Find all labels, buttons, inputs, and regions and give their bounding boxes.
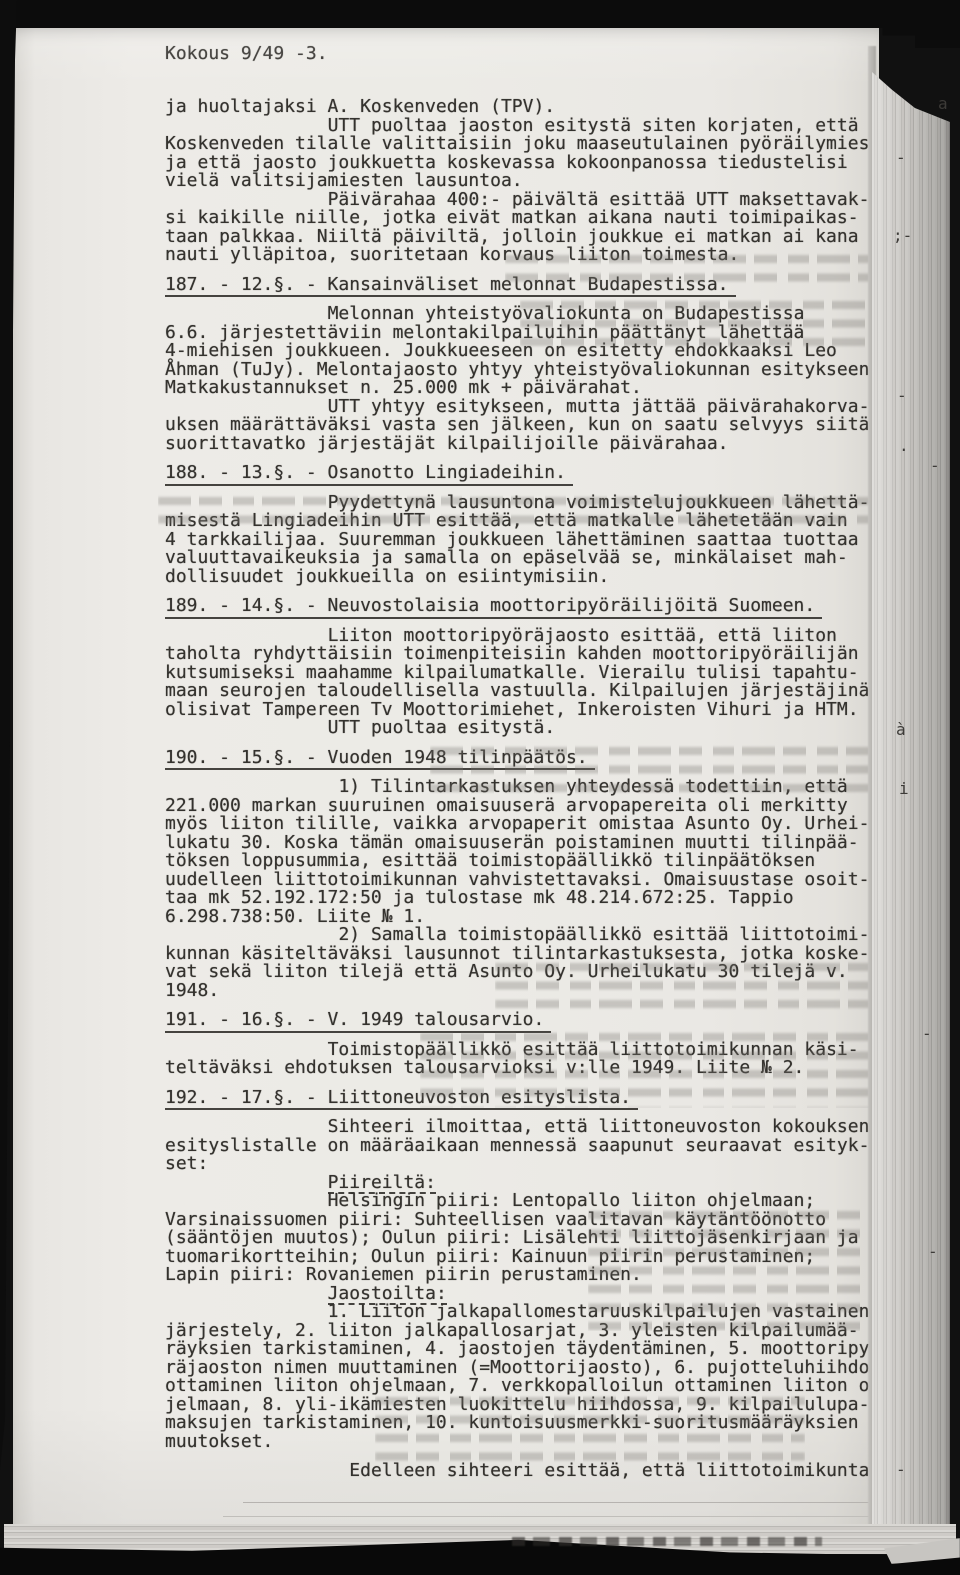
text-line: ja huoltajaksi A. Koskenveden (TPV). <box>165 98 905 117</box>
scanned-document: Kokous 9/49 -3. ja huoltajaksi A. Kosken… <box>0 0 960 1575</box>
text-line: Åhman (TuJy). Melontajaosto yhtyy yhteis… <box>165 361 905 380</box>
text-line: UTT puoltaa esitystä. <box>165 719 905 738</box>
text-line: set: <box>165 1155 905 1174</box>
text-line: ja että jaosto joukkuetta koskevassa kok… <box>165 154 905 173</box>
bottom-edge-smudge <box>512 1537 822 1546</box>
bleed-through-smudge <box>495 958 890 1013</box>
text-line: taan palkkaa. Niiltä päiviltä, jolloin j… <box>165 228 905 247</box>
edge-mark: . <box>899 438 909 454</box>
edge-mark: i <box>899 781 909 797</box>
edge-mark: a <box>938 96 948 112</box>
text-line: taa mk 52.192.172:50 ja tulostase mk 48.… <box>165 889 905 908</box>
bleed-through-smudge <box>505 250 880 288</box>
text-line: Matkakustannukset n. 25.000 mk + päivära… <box>165 379 905 398</box>
section-heading: 191. - 16.§. - V. 1949 talousarvio. <box>165 1011 905 1030</box>
edge-mark: - <box>896 150 906 166</box>
text-line: kutsumiseksi maahamme kilpailumatkalle. … <box>165 664 905 683</box>
edge-mark: à <box>896 722 906 738</box>
text-line: valuuttavaikeuksia ja samalla on epäselv… <box>165 549 905 568</box>
bleed-through-smudge <box>430 742 885 802</box>
text-line: 2) Samalla toimistopäällikkö esittää lii… <box>165 926 905 945</box>
edge-mark: - <box>922 1026 932 1042</box>
text-line: olisivat Tampereen Tv Moottorimiehet, In… <box>165 701 905 720</box>
underlined-label: Piireiltä: <box>165 1174 905 1193</box>
text-line: dollisuudet joukkueilla on esiintymisiin… <box>165 568 905 587</box>
text-line: suorittavatko järjestäjät kilpailijoille… <box>165 435 905 454</box>
text-line: vielä valitsijamiesten lausuntoa. <box>165 172 905 191</box>
edge-mark: - <box>897 388 907 404</box>
text-line: 6.298.738:50. Liite № 1. <box>165 908 905 927</box>
text-line: töksen loppusummia, esittää toimistopääl… <box>165 852 905 871</box>
edge-mark: - <box>930 458 940 474</box>
text-line: räjaoston nimen muuttaminen (=Moottorija… <box>165 1359 905 1378</box>
text-line: Liiton moottoripyöräjaosto esittää, että… <box>165 627 905 646</box>
text-line: 4 tarkkailijaa. Suuremman joukkueen lähe… <box>165 531 905 550</box>
edge-mark: - <box>896 1462 906 1478</box>
page-header: Kokous 9/49 -3. <box>165 44 905 64</box>
text-line: UTT yhtyy esitykseen, mutta jättää päivä… <box>165 398 905 417</box>
edge-mark: ;- <box>893 228 912 244</box>
text-line: uksen määrättäväksi vasta sen jälkeen, k… <box>165 416 905 435</box>
bleed-through-smudge <box>375 1392 805 1467</box>
text-line: Päivärahaa 400:- päivältä esittää UTT ma… <box>165 191 905 210</box>
text-line: myös liiton tilille, vaikka arvopaperit … <box>165 815 905 834</box>
text-line: räyksien tarkistaminen, 4. jaostojen täy… <box>165 1340 905 1359</box>
section-heading: 189. - 14.§. - Neuvostolaisia moottoripy… <box>165 597 905 616</box>
text-line: UTT puoltaa jaoston esitystä siten korja… <box>165 117 905 136</box>
bleed-through-smudge <box>420 1028 895 1108</box>
edge-mark: - <box>928 1244 938 1260</box>
text-line: si kaikille niille, jotka eivät matkan a… <box>165 209 905 228</box>
bleed-through-smudge <box>158 492 883 532</box>
text-line: Koskenveden tilalle valittaisiin joku ma… <box>165 135 905 154</box>
bleed-through-smudge <box>520 296 880 354</box>
text-line: uudelleen liittotoimikunnan vahvistettav… <box>165 871 905 890</box>
text-line: lukatu 30. Koska tämän omaisuuserän pois… <box>165 834 905 853</box>
text-line: Sihteeri ilmoittaa, että liittoneuvoston… <box>165 1118 905 1137</box>
book-page-edges <box>872 56 950 1552</box>
text-line: esityslistalle on määräaikaan mennessä s… <box>165 1137 905 1156</box>
text-line: maan seurojen taloudellisella vastuulla.… <box>165 682 905 701</box>
scan-border-top <box>8 0 960 28</box>
section-heading: 188. - 13.§. - Osanotto Lingiadeihin. <box>165 464 905 483</box>
text-line: taholta ryhdyttäisiin toimenpiteisiin ka… <box>165 645 905 664</box>
